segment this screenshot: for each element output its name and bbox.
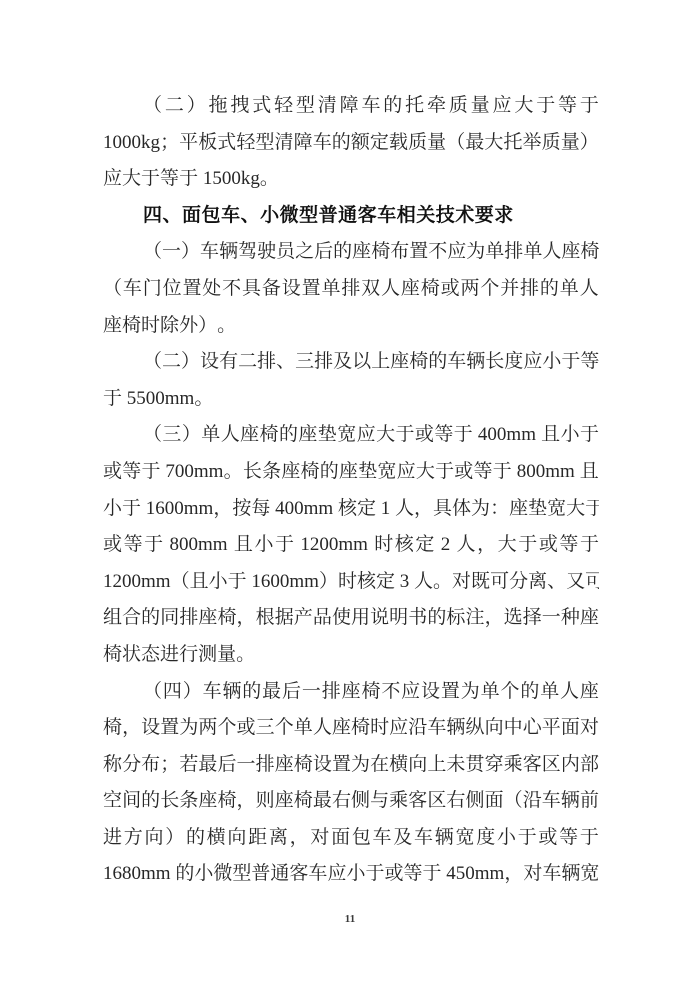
text-line: 或等于 800mm 且小于 1200mm 时核定 2 人，大于或等于 <box>103 527 599 564</box>
text-line: （二）设有二排、三排及以上座椅的车辆长度应小于等 <box>103 344 599 381</box>
page-number: 11 <box>0 913 700 925</box>
text-line: 1680mm 的小微型普通客车应小于或等于 450mm，对车辆宽 <box>103 856 599 893</box>
document-body: （二）拖拽式轻型清障车的托牵质量应大于等于1000kg；平板式轻型清障车的额定载… <box>103 88 599 893</box>
text-line: 小于 1600mm，按每 400mm 核定 1 人，具体为：座垫宽大于 <box>103 491 599 528</box>
text-line: 空间的长条座椅，则座椅最右侧与乘客区右侧面（沿车辆前 <box>103 783 599 820</box>
para-item-four-last-row-seats: （四）车辆的最后一排座椅不应设置为单个的单人座椅，设置为两个或三个单人座椅时应沿… <box>103 674 599 894</box>
text-line: 1000kg；平板式轻型清障车的额定载质量（最大托举质量） <box>103 125 599 162</box>
text-line: （四）车辆的最后一排座椅不应设置为单个的单人座 <box>103 674 599 711</box>
text-line: 或等于 700mm。长条座椅的座垫宽应大于或等于 800mm 且 <box>103 454 599 491</box>
para-item-three-seat-cushion-width: （三）单人座椅的座垫宽应大于或等于 400mm 且小于或等于 700mm。长条座… <box>103 417 599 673</box>
text-line: 称分布；若最后一排座椅设置为在横向上未贯穿乘客区内部 <box>103 747 599 784</box>
para-clearance-truck-mass: （二）拖拽式轻型清障车的托牵质量应大于等于1000kg；平板式轻型清障车的额定载… <box>103 88 599 198</box>
section-heading-line: 四、面包车、小微型普通客车相关技术要求 <box>103 198 599 235</box>
heading-section-four: 四、面包车、小微型普通客车相关技术要求 <box>103 198 599 235</box>
text-line: 组合的同排座椅，根据产品使用说明书的标注，选择一种座 <box>103 600 599 637</box>
document-page: （二）拖拽式轻型清障车的托牵质量应大于等于1000kg；平板式轻型清障车的额定载… <box>0 0 700 990</box>
text-line: 1200mm（且小于 1600mm）时核定 3 人。对既可分离、又可 <box>103 564 599 601</box>
text-line: （三）单人座椅的座垫宽应大于或等于 400mm 且小于 <box>103 417 599 454</box>
text-line: 进方向）的横向距离，对面包车及车辆宽度小于或等于 <box>103 820 599 857</box>
text-line: 座椅时除外）。 <box>103 308 599 345</box>
para-item-two-vehicle-length: （二）设有二排、三排及以上座椅的车辆长度应小于等于 5500mm。 <box>103 344 599 417</box>
para-item-one-seat-layout: （一）车辆驾驶员之后的座椅布置不应为单排单人座椅（车门位置处不具备设置单排双人座… <box>103 234 599 344</box>
text-line: 于 5500mm。 <box>103 381 599 418</box>
text-line: 应大于等于 1500kg。 <box>103 161 599 198</box>
text-line: 椅状态进行测量。 <box>103 637 599 674</box>
text-line: （车门位置处不具备设置单排双人座椅或两个并排的单人 <box>103 271 599 308</box>
text-line: （二）拖拽式轻型清障车的托牵质量应大于等于 <box>103 88 599 125</box>
text-line: 椅，设置为两个或三个单人座椅时应沿车辆纵向中心平面对 <box>103 710 599 747</box>
text-line: （一）车辆驾驶员之后的座椅布置不应为单排单人座椅 <box>103 234 599 271</box>
